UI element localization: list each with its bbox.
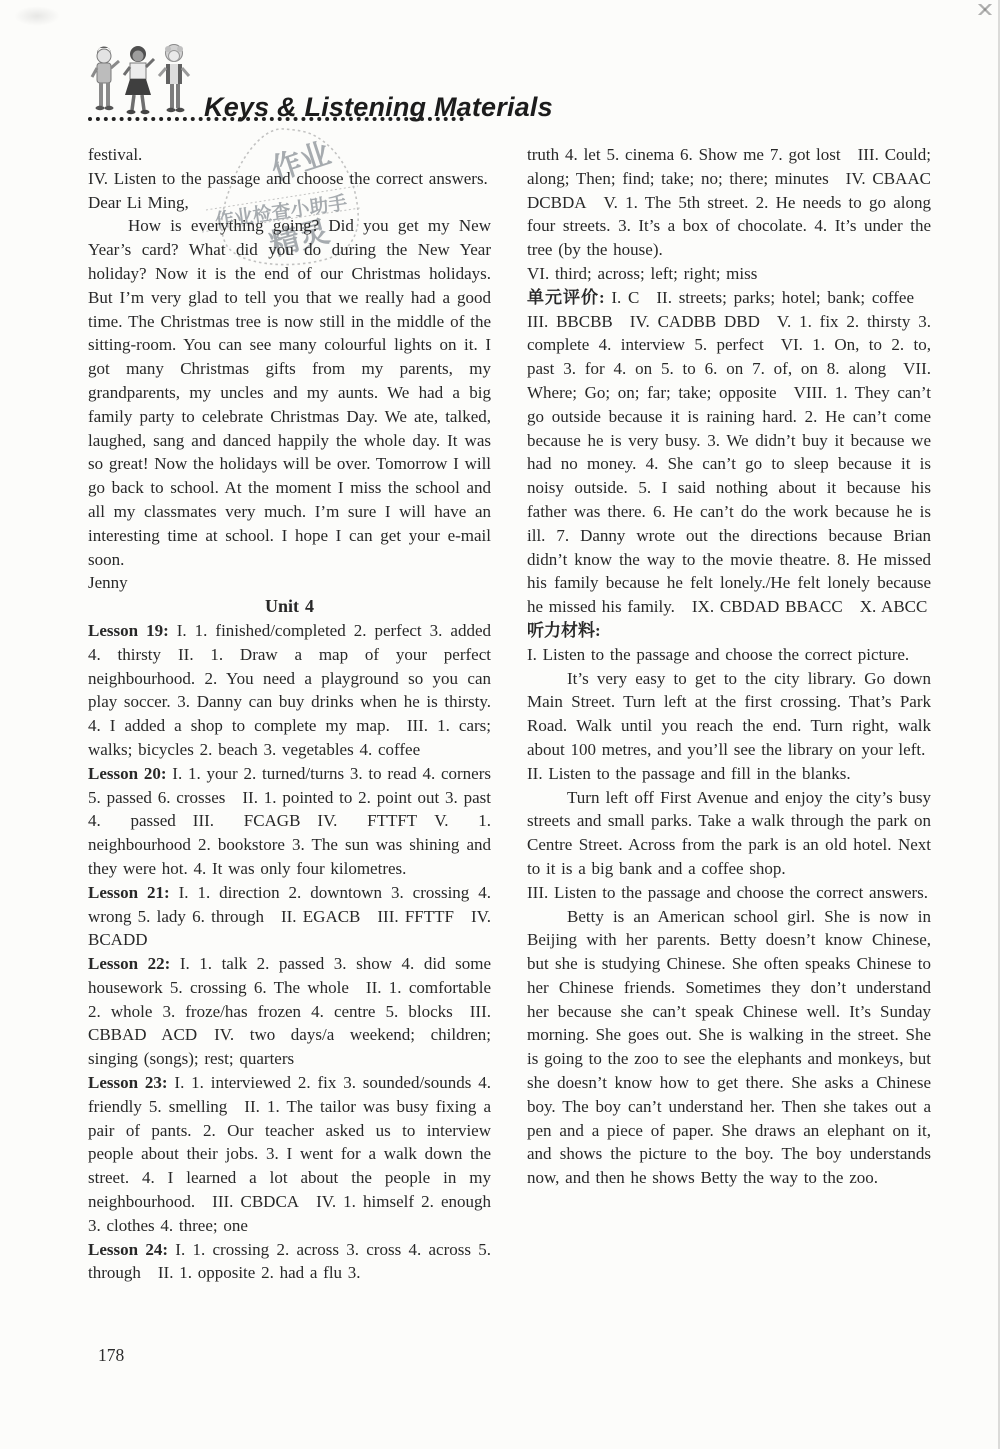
paragraph-lead: Lesson 22: [88,954,170,973]
paragraph-lead: Lesson 24: [88,1240,168,1259]
right-text-column: truth 4. let 5. cinema 6. Show me 7. got… [527,143,931,1190]
paragraph: II. Listen to the passage and fill in th… [527,762,931,786]
paragraph: 听力材料: [527,619,931,643]
paragraph: truth 4. let 5. cinema 6. Show me 7. got… [527,143,931,262]
paragraph: Lesson 21: I. 1. direction 2. downtown 3… [88,881,491,952]
paragraph: It’s very easy to get to the city librar… [527,667,931,762]
paragraph: 单元评价: I. C II. streets; parks; hotel; ba… [527,286,931,619]
paragraph: III. Listen to the passage and choose th… [527,881,931,905]
paragraph: Turn left off First Avenue and enjoy the… [527,786,931,881]
paragraph: Dear Li Ming, [88,191,491,215]
paragraph-lead: 听力材料: [527,621,601,640]
paragraph-lead: Lesson 19: [88,621,169,640]
paragraph-lead: Lesson 20: [88,764,167,783]
paragraph: Lesson 23: I. 1. interviewed 2. fix 3. s… [88,1071,491,1238]
paragraph: Lesson 19: I. 1. finished/completed 2. p… [88,619,491,762]
paragraph-lead: 单元评价: [527,288,605,307]
paragraph: How is everything going? Did you get my … [88,214,491,571]
paragraph: Unit 4 [88,595,491,619]
page-number: 178 [98,1345,124,1366]
paragraph: Lesson 20: I. 1. your 2. turned/turns 3.… [88,762,491,881]
paragraph: I. Listen to the passage and choose the … [527,643,931,667]
paragraph: VI. third; across; left; right; miss [527,262,931,286]
paragraph: Betty is an American school girl. She is… [527,905,931,1191]
scan-mark [978,4,992,15]
paragraph: festival. [88,143,491,167]
scan-smudge [14,6,60,26]
paragraph: Jenny [88,571,491,595]
dotted-rule [88,117,464,121]
paragraph-lead: Lesson 21: [88,883,170,902]
paragraph: IV. Listen to the passage and choose the… [88,167,491,191]
paragraph: Lesson 24: I. 1. crossing 2. across 3. c… [88,1238,491,1286]
left-text-column: festival.IV. Listen to the passage and c… [88,143,491,1285]
paragraph: Lesson 22: I. 1. talk 2. passed 3. show … [88,952,491,1071]
paragraph-lead: Lesson 23: [88,1073,168,1092]
